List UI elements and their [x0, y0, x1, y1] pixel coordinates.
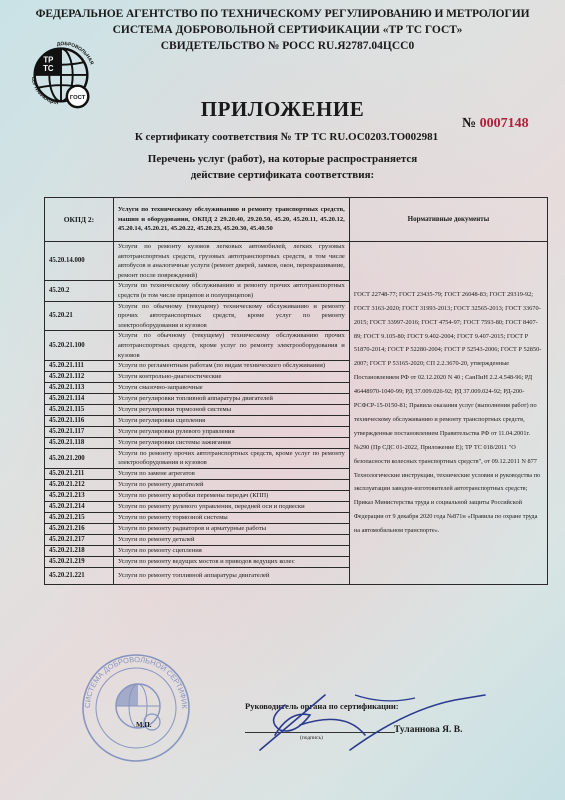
service-description: Услуги регулировки топливной аппаратуры … — [113, 393, 349, 404]
service-description: Услуги смазочно-заправочные — [113, 382, 349, 393]
service-code: 45.20.21.116 — [45, 415, 114, 426]
header-norms: Нормативные документы — [349, 198, 547, 242]
service-code: 45.20.21.211 — [45, 468, 114, 479]
service-description: Услуги по техническому обслуживанию и ре… — [113, 281, 349, 301]
service-code: 45.20.21.115 — [45, 404, 114, 415]
service-description: Услуги контрольно-диагностические — [113, 371, 349, 382]
service-code: 45.20.21.112 — [45, 371, 114, 382]
number-prefix: № — [462, 116, 476, 131]
service-code: 45.20.21.100 — [45, 331, 114, 361]
service-description: Услуги по ремонту топливной аппаратуры д… — [113, 567, 349, 584]
list-title-line2: действие сертификата соответствия: — [0, 169, 565, 181]
service-code: 45.20.21.212 — [45, 479, 114, 490]
service-code: 45.20.21.221 — [45, 567, 114, 584]
service-description: Услуги по ремонту ведущих мостов и приво… — [113, 556, 349, 567]
service-description: Услуги по ремонту радиаторов и арматурны… — [113, 523, 349, 534]
service-description: Услуги по регламентным работам (по видам… — [113, 361, 349, 372]
certificate-appendix-page: ФЕДЕРАЛЬНОЕ АГЕНТСТВО ПО ТЕХНИЧЕСКОМУ РЕ… — [0, 0, 565, 800]
service-code: 45.20.21.214 — [45, 501, 114, 512]
service-description: Услуги по ремонту сцепления — [113, 545, 349, 556]
service-description: Услуги регулировки системы зажигания — [113, 437, 349, 448]
service-description: Услуги по ремонту рулевого управления, п… — [113, 501, 349, 512]
service-description: Услуги по обычному (текущему) техническо… — [113, 301, 349, 331]
service-code: 45.20.21.113 — [45, 382, 114, 393]
service-code: 45.20.21.118 — [45, 437, 114, 448]
service-code: 45.20.21.114 — [45, 393, 114, 404]
service-description: Услуги по ремонту тормозной системы — [113, 512, 349, 523]
service-code: 45.20.21 — [45, 301, 114, 331]
service-code: 45.20.2 — [45, 281, 114, 301]
service-description: Услуги по ремонту деталей — [113, 534, 349, 545]
service-code: 45.20.21.217 — [45, 534, 114, 545]
seal-label: М.П. — [136, 721, 152, 729]
service-description: Услуги по ремонту двигателей — [113, 479, 349, 490]
service-code: 45.20.21.111 — [45, 361, 114, 372]
document-number: № 0007148 — [462, 116, 529, 132]
service-description: Услуги регулировки сцепления — [113, 415, 349, 426]
service-code: 45.20.21.218 — [45, 545, 114, 556]
service-code: 45.20.21.200 — [45, 448, 114, 468]
header-code: ОКПД 2: — [45, 198, 114, 242]
number-value: 0007148 — [480, 116, 529, 131]
service-code: 45.20.21.216 — [45, 523, 114, 534]
service-description: Услуги по ремонту коробки перемены перед… — [113, 490, 349, 501]
service-description: Услуги по ремонту кузовов легковых автом… — [113, 242, 349, 281]
certificate-reference: К сертификату соответствия № ТР ТС RU.ОС… — [0, 131, 565, 143]
service-description: Услуги по ремонту прочих автотранспортны… — [113, 448, 349, 468]
handwritten-signature-icon — [255, 690, 495, 760]
agency-header: ФЕДЕРАЛЬНОЕ АГЕНТСТВО ПО ТЕХНИЧЕСКОМУ РЕ… — [0, 8, 565, 20]
table-header-row: ОКПД 2: Услуги по техническому обслужива… — [45, 198, 548, 242]
list-title-line1: Перечень услуг (работ), на которые распр… — [0, 153, 565, 165]
header-description: Услуги по техническому обслуживанию и ре… — [113, 198, 349, 242]
service-description: Услуги регулировки тормозной системы — [113, 404, 349, 415]
service-description: Услуги регулировки рулевого управления — [113, 426, 349, 437]
svg-text:ТР: ТР — [43, 55, 53, 64]
service-description: Услуги по обычному (текущему) техническо… — [113, 331, 349, 361]
certification-stamp-icon: СИСТЕМА ДОБРОВОЛЬНОЙ СЕРТИФИКАЦИИ ТР ТС … — [80, 652, 192, 764]
svg-text:ТС: ТС — [43, 64, 54, 73]
service-code: 45.20.21.215 — [45, 512, 114, 523]
services-table: ОКПД 2: Услуги по техническому обслужива… — [44, 197, 548, 585]
service-code: 45.20.14.000 — [45, 242, 114, 281]
normative-documents: ГОСТ 22748-77; ГОСТ 23435-79; ГОСТ 26048… — [349, 242, 547, 585]
service-code: 45.20.21.213 — [45, 490, 114, 501]
service-code: 45.20.21.219 — [45, 556, 114, 567]
service-description: Услуги по замене агрегатов — [113, 468, 349, 479]
table-row: 45.20.14.000Услуги по ремонту кузовов ле… — [45, 242, 548, 281]
service-code: 45.20.21.117 — [45, 426, 114, 437]
